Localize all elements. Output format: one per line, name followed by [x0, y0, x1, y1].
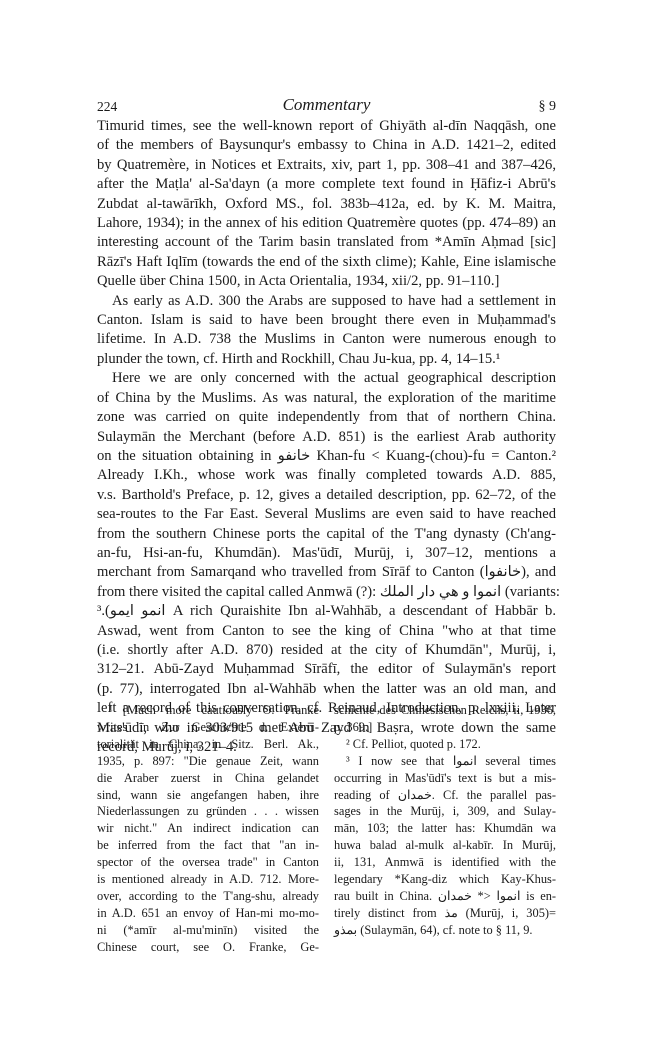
footnote-line: p. 369.] [334, 719, 556, 736]
text-line: (p. 77), interrogated Ibn al-Wahhāb when… [97, 680, 556, 699]
footnotes-left-column: ¹ [Much more cautiously O. Frankewrites … [97, 702, 319, 956]
footnote-line: huwa balad al-mulk al-kabīr. In Murūj, [334, 837, 556, 854]
text-line: of China by the Muslims. As was natural,… [97, 389, 556, 408]
footnote-line: be inferred from the fact that "an in- [97, 837, 319, 854]
main-text: Timurid times, see the well-known report… [97, 117, 556, 757]
footnote-line: Chinese court, see O. Franke, Ge- [97, 939, 319, 956]
text-line: plunder the town, cf. Hirth and Rockhill… [97, 350, 556, 369]
footnote-line: in A.D. 651 an envoy of Han-mi mo-mo- [97, 905, 319, 922]
footnote-line: tirely distinct from مذ (Murūj, i, 305)= [334, 905, 556, 922]
footnote-line: ¹ [Much more cautiously O. Franke [97, 702, 319, 719]
text-line: Lahore, 1934); in the annex of his editi… [97, 214, 556, 233]
text-line: Rāzī's Haft Iqlīm (towards the end of th… [97, 253, 556, 272]
footnote-line: spector of the oversea trade" in Canton [97, 854, 319, 871]
text-line: Aswad, went from Canton to see the king … [97, 622, 556, 641]
footnote-line: writes in Zur Geschichte d. Exterri- [97, 719, 319, 736]
footnote-line: ³ I now see that انموا several times [334, 753, 556, 770]
text-line: (i.e. shortly after A.D. 870) resided at… [97, 641, 556, 660]
footnote-line: rau built in China. انموا <* خمدان is en… [334, 888, 556, 905]
footnote-line: ² Cf. Pelliot, quoted p. 172. [334, 736, 556, 753]
footnote-line: 1935, p. 897: "Die genaue Zeit, wann [97, 753, 319, 770]
text-line: Here we are only concerned with the actu… [97, 369, 556, 388]
text-line: on the situation obtaining in خانفو Khan… [97, 447, 556, 466]
footnote-line: die Araber zuerst in China gelandet [97, 770, 319, 787]
footnote-line: بمذو (Sulaymān, 64), cf. note to § 11, 9… [334, 922, 556, 939]
text-line: انمو ایمو).³ A rich Quraishite Ibn al-Wa… [97, 602, 556, 621]
text-line: after the Maṭla' al-Sa'dayn (a more comp… [97, 175, 556, 194]
footnote-line: reading of خمدان. Cf. the parallel pas- [334, 787, 556, 804]
footnote-line: ii, 131, Anmwā is identified with the [334, 854, 556, 871]
text-line: As early as A.D. 300 the Arabs are suppo… [97, 292, 556, 311]
book-page: 224 Commentary § 9 Timurid times, see th… [97, 96, 556, 757]
text-line: Timurid times, see the well-known report… [97, 117, 556, 136]
footnote-line: occurring in Mas'ūdī's text is but a mis… [334, 770, 556, 787]
text-line: merchant from Samarqand who travelled fr… [97, 563, 556, 582]
footnote-line: mān, 103; the latter has: Khumdān wa [334, 820, 556, 837]
footnotes-right-column: schichte des Chinesischen Reichs, ii, 19… [334, 702, 556, 956]
footnote-line: torialität in China, in Sitz. Berl. Ak., [97, 736, 319, 753]
running-head: 224 Commentary § 9 [97, 96, 556, 116]
footnote-line: schichte des Chinesischen Reichs, ii, 19… [334, 702, 556, 719]
footnote-line: ni (*amīr al-mu'minīn) visited the [97, 922, 319, 939]
text-line: v.s. Barthold's Preface, p. 12, gives a … [97, 486, 556, 505]
footnote-line: sages in the Murūj, i, 309, and Sulay- [334, 803, 556, 820]
text-line: an-fu, Hsi-an-fu, Khumdān). Mas'ūdī, Mur… [97, 544, 556, 563]
text-line: sea-routes to the Far East. Several Musl… [97, 505, 556, 524]
footnote-line: legendary *Kang-diz which Kay-Khus- [334, 871, 556, 888]
running-title: Commentary [97, 95, 556, 115]
text-line: Sulaymān the Merchant (before A.D. 851) … [97, 428, 556, 447]
footnote-line: is mentioned already in A.D. 712. More- [97, 871, 319, 888]
text-line: lifetime. In A.D. 738 the Muslims in Can… [97, 330, 556, 349]
text-line: 312–21. Abū-Zayd Muḥammad Sīrāfī, the ed… [97, 660, 556, 679]
text-line: of the members of Baysunqur's embassy to… [97, 136, 556, 155]
footnote-line: over, according to the T'ang-shu, alread… [97, 888, 319, 905]
footnote-line: sind, wann sie angefangen haben, ihre [97, 787, 319, 804]
text-line: Canton. Islam is said to have been broug… [97, 311, 556, 330]
footnote-line: wir nicht." An indirect indication can [97, 820, 319, 837]
section-mark: § 9 [539, 97, 557, 117]
text-line: from the southern Chinese ports the capi… [97, 525, 556, 544]
footnote-line: Niederlassungen zu gründen . . . wissen [97, 803, 319, 820]
footnotes: ¹ [Much more cautiously O. Frankewrites … [97, 702, 556, 956]
text-line: zone was carried on quite independently … [97, 408, 556, 427]
text-line: Zubdat al-tawārīkh, Oxford MS., fol. 383… [97, 195, 556, 214]
text-line: by Quatremère, in Notices et Extraits, x… [97, 156, 556, 175]
text-line: interesting account of the Tarim basin t… [97, 233, 556, 252]
text-line: Already I.Kh., whose work was finally co… [97, 466, 556, 485]
text-line: Quelle über China 1500, in Acta Oriental… [97, 272, 556, 291]
text-line: from there visited the capital called An… [97, 583, 556, 602]
